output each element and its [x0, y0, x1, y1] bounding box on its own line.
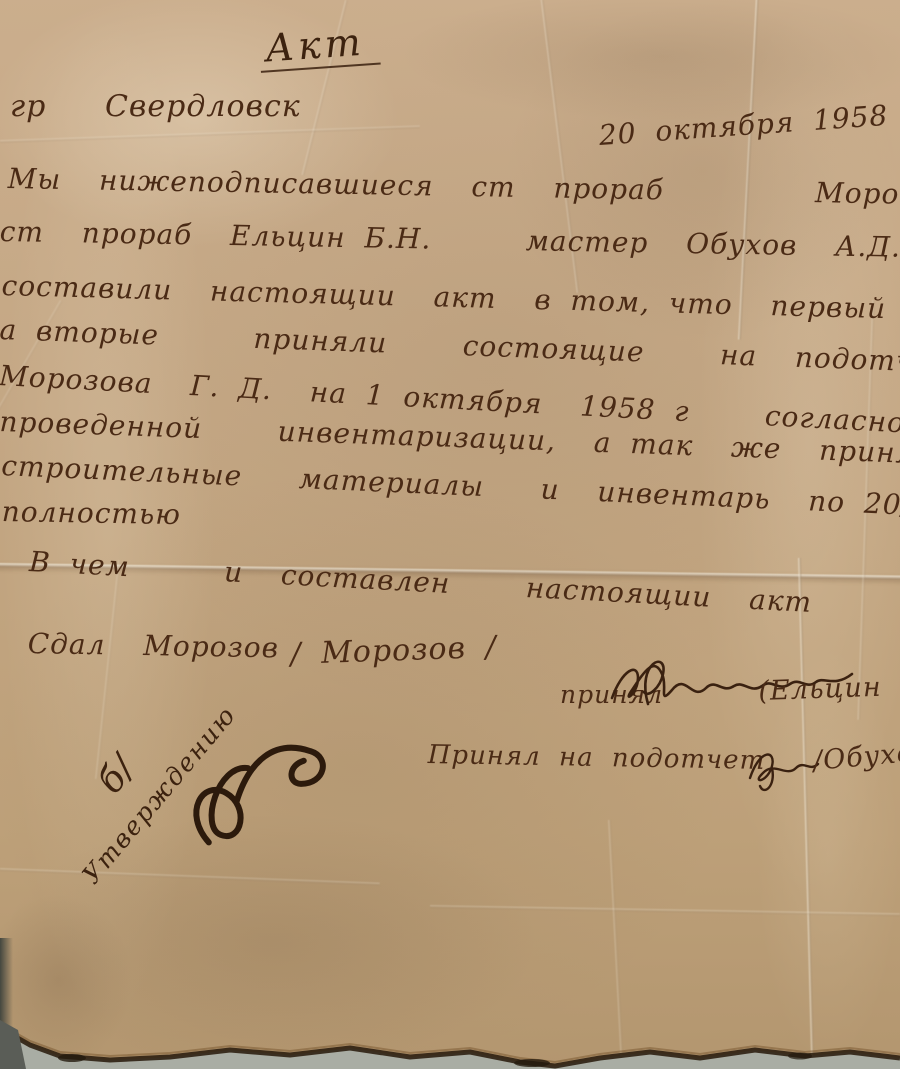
paper-sheet: [0, 0, 900, 1069]
handed-over-label: Сдал Морозов: [28, 630, 280, 662]
morozov-name: / Морозов /: [290, 633, 497, 670]
body-line: полностью: [2, 498, 182, 529]
yeltsin-name: (Ельцин ): [758, 673, 900, 705]
torn-bottom-edge: [0, 1000, 900, 1069]
obukhov-signature: [742, 738, 822, 800]
document-title: Акт: [258, 22, 380, 73]
city-line: гр Свердловск: [10, 92, 301, 122]
accountable-label: Принял на подотчет: [428, 742, 766, 774]
document-photo: Акт гр Свердловск 20 октября 1958 г Мы н…: [0, 0, 900, 1069]
